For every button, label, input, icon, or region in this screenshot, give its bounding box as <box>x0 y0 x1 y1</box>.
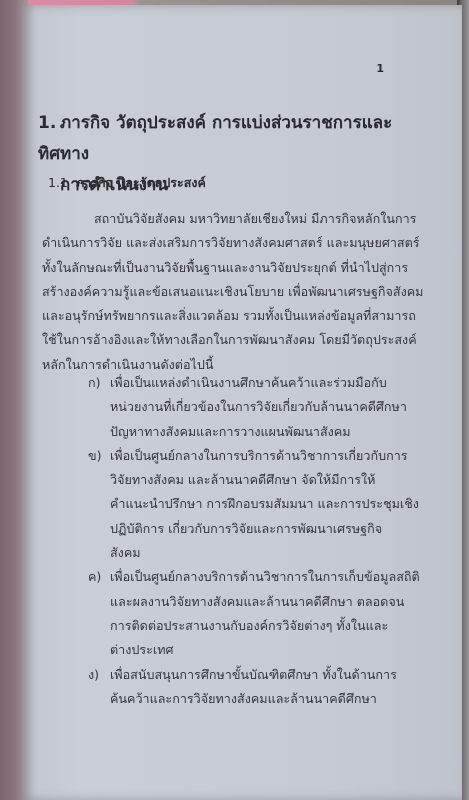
objective-line: ค้นคว้าและการวิจัยทางสังคมและล้านนาคดีศึ… <box>110 687 428 711</box>
paragraph-line: สถาบันวิจัยสังคม มหาวิทยาลัยเชียงใหม่ มี… <box>42 207 432 231</box>
objectives-list: ก) เพื่อเป็นแหล่งดำเนินงานศึกษาค้นคว้าแล… <box>88 371 428 711</box>
subsection-number: 1.1 <box>48 175 76 190</box>
list-marker: ค) <box>88 565 101 589</box>
paragraph-line: ใช้ในการอ้างอิงและให้ทางเลือกในการพัฒนาส… <box>42 328 432 352</box>
objective-line: เพื่อเป็นศูนย์กลางในการบริการด้านวิชาการ… <box>110 444 428 468</box>
objective-line: ปฏิบัติการ เกี่ยวกับการวิจัยและการพัฒนาเ… <box>110 517 428 541</box>
list-marker: ข) <box>88 444 102 468</box>
objective-item: ก) เพื่อเป็นแหล่งดำเนินงานศึกษาค้นคว้าแล… <box>88 371 428 444</box>
section-number: 1. <box>38 108 60 139</box>
objective-line: เพื่อเป็นแหล่งดำเนินงานศึกษาค้นคว้าและร่… <box>110 371 428 395</box>
objective-item: ง) เพื่อสนับสนุนการศึกษาขั้นบัณฑิตศึกษา … <box>88 663 428 712</box>
objective-line: หน่วยงานที่เกี่ยวข้องในการวิจัยเกี่ยวกับ… <box>110 395 428 419</box>
objective-line: สังคม <box>110 541 428 565</box>
page-number: 1 <box>376 62 384 75</box>
book-page: 1 1.ภารกิจ วัตถุประสงค์ การแบ่งส่วนราชกา… <box>22 5 462 800</box>
paragraph-line: ดำเนินการวิจัย และส่งเสริมการวิจัยทางสัง… <box>42 231 432 255</box>
list-marker: ก) <box>88 371 101 395</box>
objective-line: คำแนะนำปรึกษา การฝึกอบรมสัมมนา และการประ… <box>110 492 428 516</box>
paragraph-line: สร้างองค์ความรู้และข้อเสนอแนะเชิงนโยบาย … <box>42 280 432 304</box>
intro-paragraph: สถาบันวิจัยสังคม มหาวิทยาลัยเชียงใหม่ มี… <box>42 207 432 377</box>
section-title-line-1: ภารกิจ วัตถุประสงค์ การแบ่งส่วนราชการและ… <box>38 113 392 164</box>
objective-item: ค) เพื่อเป็นศูนย์กลางบริการด้านวิชาการใน… <box>88 565 428 662</box>
objective-line: ปัญหาทางสังคมและการวางแผนพัฒนาสังคม <box>110 420 428 444</box>
subsection-heading: 1.1ภารกิจ และวัตถุประสงค์ <box>48 173 206 193</box>
objective-line: เพื่อเป็นศูนย์กลางบริการด้านวิชาการในการ… <box>110 565 428 589</box>
objective-line: ต่างประเทศ <box>110 638 428 662</box>
objective-line: วิจัยทางสังคม และล้านนาคดีศึกษา จัดให้มี… <box>110 468 428 492</box>
section-heading-line-1: 1.ภารกิจ วัตถุประสงค์ การแบ่งส่วนราชการแ… <box>38 108 418 170</box>
objective-item: ข) เพื่อเป็นศูนย์กลางในการบริการด้านวิชา… <box>88 444 428 565</box>
subsection-title: ภารกิจ และวัตถุประสงค์ <box>76 175 206 190</box>
objective-line: เพื่อสนับสนุนการศึกษาขั้นบัณฑิตศึกษา ทั้… <box>110 663 428 687</box>
paragraph-line: ทั้งในลักษณะที่เป็นงานวิจัยพื้นฐานและงาน… <box>42 256 432 280</box>
objective-line: การติดต่อประสานงานกับองค์กรวิจัยต่างๆ ทั… <box>110 614 428 638</box>
objective-line: และผลงานวิจัยทางสังคมและล้านนาคดีศึกษา ต… <box>110 590 428 614</box>
list-marker: ง) <box>88 663 99 687</box>
paragraph-line: และอนุรักษ์ทรัพยากรและสิ่งแวดล้อม รวมทั้… <box>42 304 432 328</box>
